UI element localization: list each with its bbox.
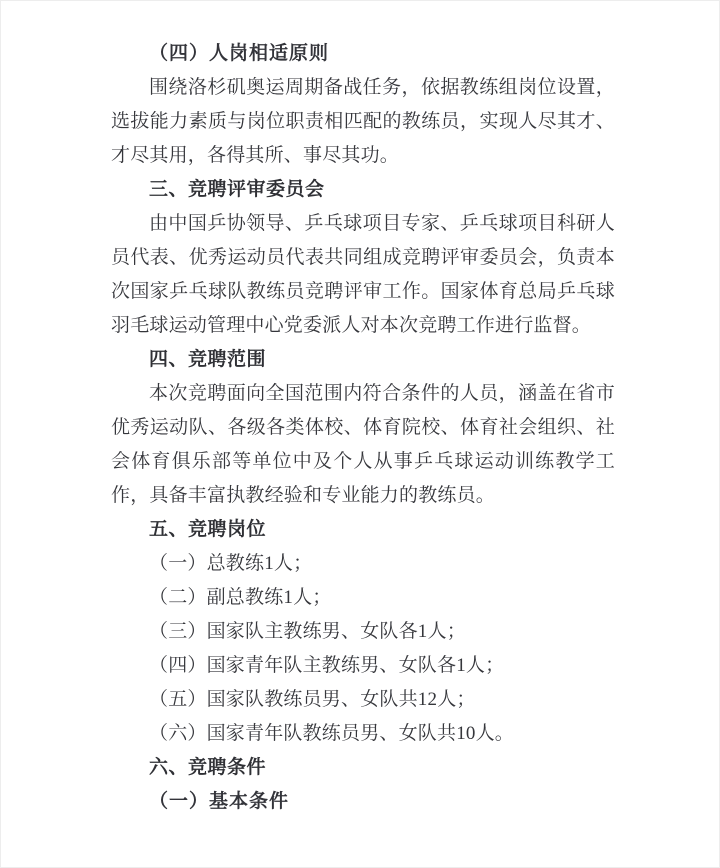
paragraph-review-committee: 由中国乒协领导、乒乓球项目专家、乒乓球项目科研人员代表、优秀运动员代表共同组成竞… [111,207,615,343]
document-page: （四）人岗相适原则 围绕洛杉矶奥运周期备战任务，依据教练组岗位设置，选拔能力素质… [0,0,720,868]
paragraph-principle-job-fit: 围绕洛杉矶奥运周期备战任务，依据教练组岗位设置，选拔能力素质与岗位职责相匹配的教… [111,71,615,173]
subheading-basic-conditions: （一）基本条件 [111,785,615,819]
list-item-position-5: （五）国家队教练员男、女队共12人； [111,683,615,717]
list-item-position-3: （三）国家队主教练男、女队各1人； [111,615,615,649]
heading-section-3-review-committee: 三、竞聘评审委员会 [111,173,615,207]
document-content: （四）人岗相适原则 围绕洛杉矶奥运周期备战任务，依据教练组岗位设置，选拔能力素质… [1,1,719,819]
list-item-position-2: （二）副总教练1人； [111,581,615,615]
list-item-position-1: （一）总教练1人； [111,547,615,581]
heading-section-4-recruit-scope: 四、竞聘范围 [111,343,615,377]
paragraph-recruit-scope: 本次竞聘面向全国范围内符合条件的人员，涵盖在省市优秀运动队、各级各类体校、体育院… [111,377,615,513]
heading-section-6-conditions: 六、竞聘条件 [111,751,615,785]
list-item-position-6: （六）国家青年队教练员男、女队共10人。 [111,717,615,751]
subheading-principle-job-fit: （四）人岗相适原则 [111,37,615,71]
list-item-position-4: （四）国家青年队主教练男、女队各1人； [111,649,615,683]
heading-section-5-positions: 五、竞聘岗位 [111,513,615,547]
